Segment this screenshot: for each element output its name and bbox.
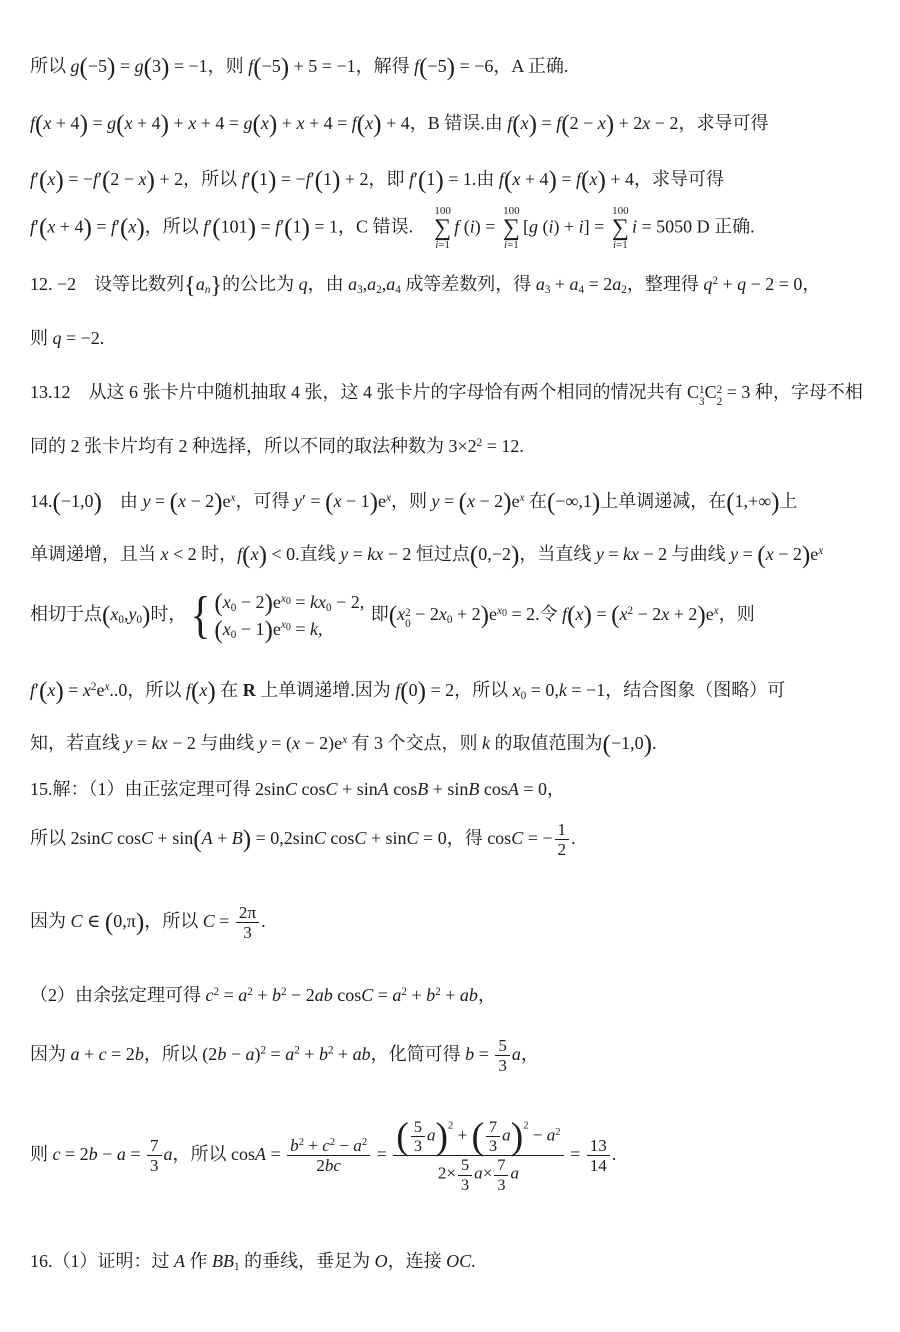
- math-line-summation: f′(x + 4) = f′(x)，所以 f′(101) = f′(1) = 1…: [30, 206, 875, 251]
- math-line-q16-proof: 16.（1）证明：过 A 作 BB1 的垂线，垂足为 O，连接 OC.: [30, 1249, 875, 1273]
- math-line-a-correct: 所以 g(−5) = g(3) = −1，则 f(−5) + 5 = −1，解得…: [30, 54, 875, 78]
- math-line-q15-cosc: 所以 2sinC cosC + sin(A + B) = 0,2sinC cos…: [30, 820, 875, 859]
- math-line-q14-cases: 相切于点(x0,y0)时，{(x0 − 2)ex0 = kx0 − 2,(x0 …: [30, 592, 875, 640]
- math-line-derivative: f′(x) = −f′(2 − x) + 2，所以 f′(1) = −f′(1)…: [30, 167, 875, 191]
- math-line-q15-b-value: 因为 a + c = 2b，所以 (2b − a)2 = a2 + b2 + a…: [30, 1036, 875, 1075]
- math-line-q14-setup: 14.(−1,0) 由 y = (x − 2)ex，可得 y′ = (x − 1…: [30, 489, 875, 513]
- math-line-q15-cosa: 则 c = 2b − a = 73a，所以 cosA = b2 + c2 − a…: [30, 1118, 875, 1194]
- math-line-q12-answer: 则 q = −2.: [30, 326, 875, 350]
- math-line-q15-angle-c: 因为 C ∈ (0,π)，所以 C = 2π3.: [30, 903, 875, 942]
- math-line-q12-setup: 12. −2 设等比数列{an}的公比为 q，由 a3,a2,a4 成等差数列，…: [30, 272, 875, 296]
- math-line-q14-answer: 知，若直线 y = kx − 2 与曲线 y = (x − 2)ex 有 3 个…: [30, 731, 875, 755]
- math-line-q15-part1: 15.解：（1）由正弦定理可得 2sinC cosC + sinA cosB +…: [30, 777, 875, 801]
- math-line-q15-part2: （2）由余弦定理可得 c2 = a2 + b2 − 2ab cosC = a2 …: [30, 983, 875, 1007]
- math-line-q14-monotone: f′(x) = x2ex..0，所以 f(x) 在 R 上单调递增.因为 f(0…: [30, 678, 875, 702]
- math-line-q13-setup: 13.12 从这 6 张卡片中随机抽取 4 张，这 4 张卡片的字母恰有两个相同…: [30, 380, 875, 409]
- math-line-q13-answer: 同的 2 张卡片均有 2 种选择，所以不同的取法种数为 3×22 = 12.: [30, 434, 875, 458]
- math-line-q14-line: 单调递增，且当 x < 2 时，f(x) < 0.直线 y = kx − 2 恒…: [30, 542, 875, 566]
- math-line-b-wrong: f(x + 4) = g(x + 4) + x + 4 = g(x) + x +…: [30, 111, 875, 135]
- document-body: { "colors": {"background": "#ffffff", "t…: [0, 0, 900, 1332]
- answer-sheet-page: 所以 g(−5) = g(3) = −1，则 f(−5) + 5 = −1，解得…: [0, 0, 900, 1332]
